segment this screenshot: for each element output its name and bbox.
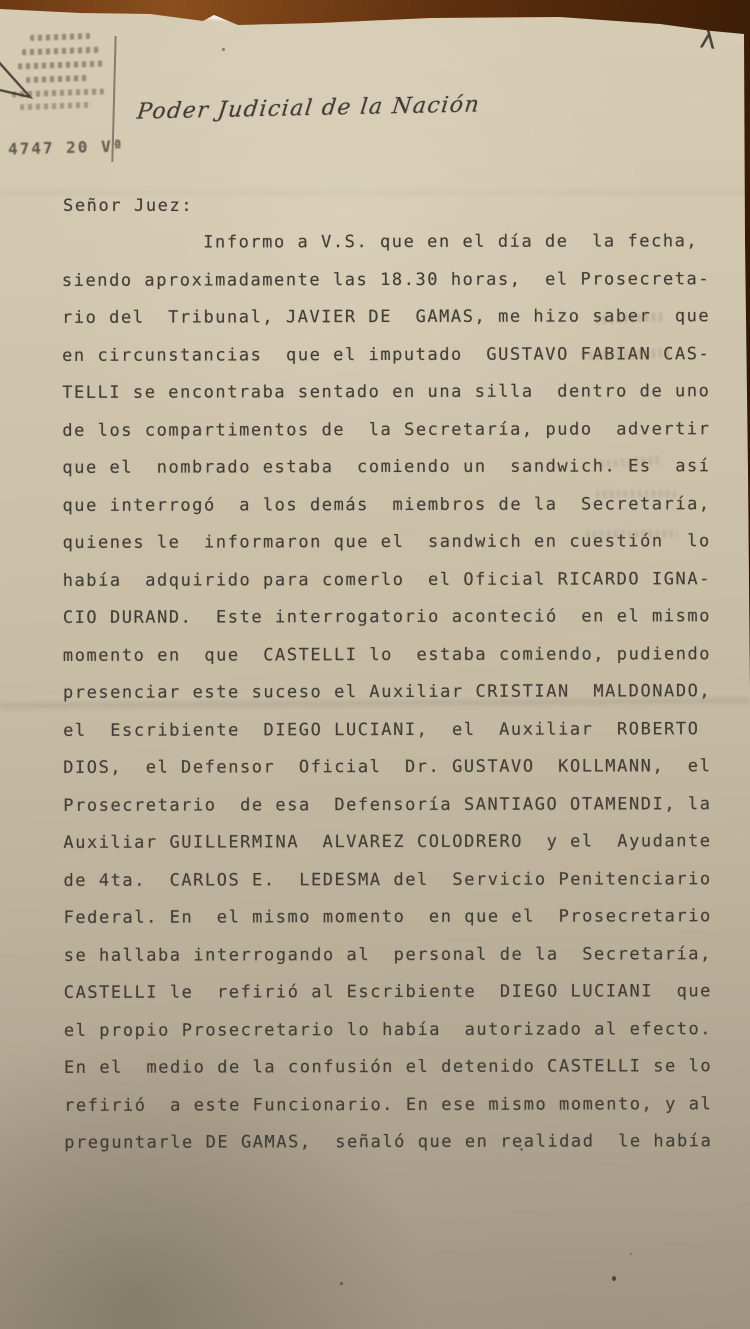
paper-fold-highlight bbox=[196, 10, 266, 24]
typed-line: CASTELLI le refirió al Escribiente DIEGO… bbox=[64, 973, 744, 1012]
dust-speck bbox=[612, 1276, 616, 1281]
stamp-text-line bbox=[30, 33, 90, 41]
typed-line: CIO DURAND. Este interrogatorio aconteci… bbox=[63, 598, 743, 637]
salutation: Señor Juez: bbox=[63, 196, 193, 216]
typed-line: Informo a V.S. que en el día de la fecha… bbox=[62, 223, 742, 262]
stamp-number: 4747 20 Vª bbox=[8, 136, 125, 158]
dust-speck bbox=[340, 1282, 343, 1285]
typed-line: En el medio de la confusión el detenido … bbox=[64, 1048, 744, 1087]
ink-smudge bbox=[596, 490, 676, 498]
typed-line: Federal. En el mismo momento en que el P… bbox=[64, 898, 744, 937]
typed-line: refirió a este Funcionario. En ese mismo… bbox=[64, 1086, 744, 1125]
typed-line: se hallaba interrogando al personal de l… bbox=[64, 936, 744, 975]
typed-line: el propio Prosecretario lo había autoriz… bbox=[64, 1011, 744, 1050]
typed-line: de los compartimentos de la Secretaría, … bbox=[62, 411, 742, 450]
typed-line: TELLI se encontraba sentado en una silla… bbox=[62, 373, 742, 412]
dust-speck bbox=[520, 1148, 523, 1151]
typed-line: de 4ta. CARLOS E. LEDESMA del Servicio P… bbox=[63, 861, 743, 900]
typed-line: preguntarle DE GAMAS, señaló que en real… bbox=[64, 1123, 744, 1162]
typed-line: Prosecretario de esa Defensoría SANTIAGO… bbox=[63, 786, 743, 825]
paper-crease bbox=[0, 186, 750, 194]
typed-line: siendo aproximadamente las 18.30 horas, … bbox=[62, 261, 742, 300]
typed-line: el Escribiente DIEGO LUCIANI, el Auxilia… bbox=[63, 711, 743, 750]
document-page: 4747 20 Vª λ Poder Judicial de la Nación… bbox=[0, 0, 750, 1329]
letterhead: Poder Judicial de la Nación bbox=[136, 92, 482, 124]
typed-line: quienes le informaron que el sandwich en… bbox=[63, 523, 743, 562]
typed-line: había adquirido para comerlo el Oficial … bbox=[63, 561, 743, 600]
typed-line: que el nombrado estaba comiendo un sandw… bbox=[62, 448, 742, 487]
dust-speck bbox=[630, 1253, 632, 1255]
pen-mark-corner: λ bbox=[698, 23, 717, 56]
typed-line: presenciar este suceso el Auxiliar CRIST… bbox=[63, 673, 743, 712]
dust-speck bbox=[222, 48, 225, 51]
typed-line: DIOS, el Defensor Oficial Dr. GUSTAVO KO… bbox=[63, 748, 743, 787]
typed-line: Auxiliar GUILLERMINA ALVAREZ COLODRERO y… bbox=[63, 823, 743, 862]
photo-frame: 4747 20 Vª λ Poder Judicial de la Nación… bbox=[0, 0, 750, 1329]
pen-mark-triangle bbox=[0, 55, 40, 111]
ink-smudge bbox=[586, 530, 678, 538]
document-body: Informo a V.S. que en el día de la fecha… bbox=[62, 223, 744, 1162]
typed-line: momento en que CASTELLI lo estaba comien… bbox=[63, 636, 743, 675]
